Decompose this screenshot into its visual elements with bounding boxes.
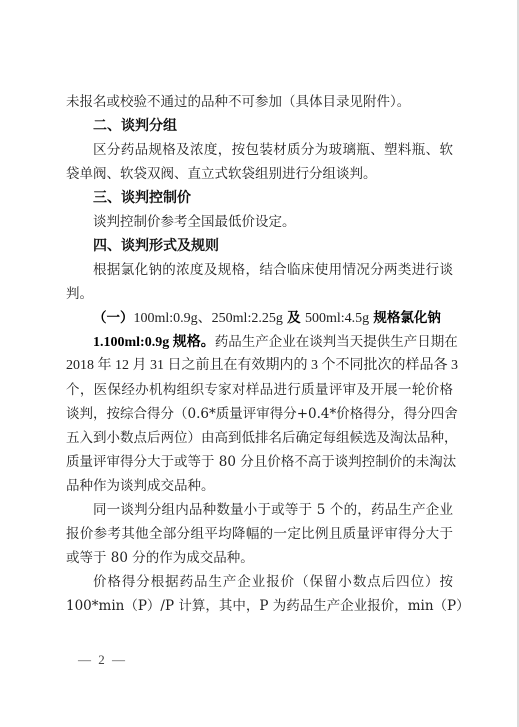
- subheading-suffix: 规格氯化钠: [373, 310, 441, 326]
- paragraph-line: 谈判，按综合得分（0.6*质量评审得分+0.4*价格得分，得分四舍: [66, 402, 453, 426]
- subheading-spec-1: 100ml:0.9g、250ml:2.25g: [134, 311, 283, 326]
- subheading-specs: （一）100ml:0.9g、250ml:2.25g 及 500ml:4.5g 规…: [66, 306, 453, 330]
- paragraph-line: 报价参考其他全部分组平均降幅的一定比例且质量评审得分大于: [66, 522, 453, 546]
- section-heading-rules: 四、谈判形式及规则: [66, 234, 453, 258]
- paragraph-line: 或等于 80 分的作为成交品种。: [66, 546, 453, 570]
- paragraph-line: 判。: [66, 282, 453, 306]
- paragraph-line: 五入到小数点后两位）由高到低排名后确定每组候选及淘汰品种，: [66, 426, 453, 450]
- item-lead-bold: 1.100ml:0.9g 规格。: [93, 335, 215, 350]
- item-lead-text: 药品生产企业在谈判当天提供生产日期在: [215, 334, 458, 350]
- page-number: — 2 —: [78, 652, 127, 668]
- paragraph-line: 1.100ml:0.9g 规格。药品生产企业在谈判当天提供生产日期在: [66, 330, 453, 354]
- subheading-spec-2: 500ml:4.5g: [305, 311, 369, 326]
- subheading-number: （一）: [93, 310, 134, 326]
- paragraph-line: 100*min（P）/P 计算，其中，P 为药品生产企业报价，min（P）: [66, 594, 453, 618]
- document-page: 未报名或校验不通过的品种不可参加（具体目录见附件）。 二、谈判分组 区分药品规格…: [0, 0, 519, 727]
- document-body: 未报名或校验不通过的品种不可参加（具体目录见附件）。 二、谈判分组 区分药品规格…: [66, 90, 453, 618]
- section-heading-control-price: 三、谈判控制价: [66, 186, 453, 210]
- paragraph-line: 未报名或校验不通过的品种不可参加（具体目录见附件）。: [66, 90, 453, 114]
- paragraph-line: 袋单阀、软袋双阀、直立式软袋组别进行分组谈判。: [66, 162, 453, 186]
- paragraph-line: 区分药品规格及浓度，按包装材质分为玻璃瓶、塑料瓶、软: [66, 138, 453, 162]
- paragraph-line: 谈判控制价参考全国最低价设定。: [66, 210, 453, 234]
- paragraph-line: 质量评审得分大于或等于 80 分且价格不高于谈判控制价的未淘汰: [66, 450, 453, 474]
- paragraph-line: 同一谈判分组内品种数量小于或等于 5 个的，药品生产企业: [66, 498, 453, 522]
- section-heading-grouping: 二、谈判分组: [66, 114, 453, 138]
- paragraph-line: 个，医保经办机构组织专家对样品进行质量评审及开展一轮价格: [66, 378, 453, 402]
- paragraph-line: 根据氯化钠的浓度及规格，结合临床使用情况分两类进行谈: [66, 258, 453, 282]
- paragraph-line: 价格得分根据药品生产企业报价（保留小数点后四位）按: [66, 570, 453, 594]
- paragraph-line: 品种作为谈判成交品种。: [66, 474, 453, 498]
- paragraph-line: 2018 年 12 月 31 日之前且在有效期内的 3 个不同批次的样品各 3: [66, 354, 453, 378]
- subheading-conjunction: 及: [287, 310, 301, 326]
